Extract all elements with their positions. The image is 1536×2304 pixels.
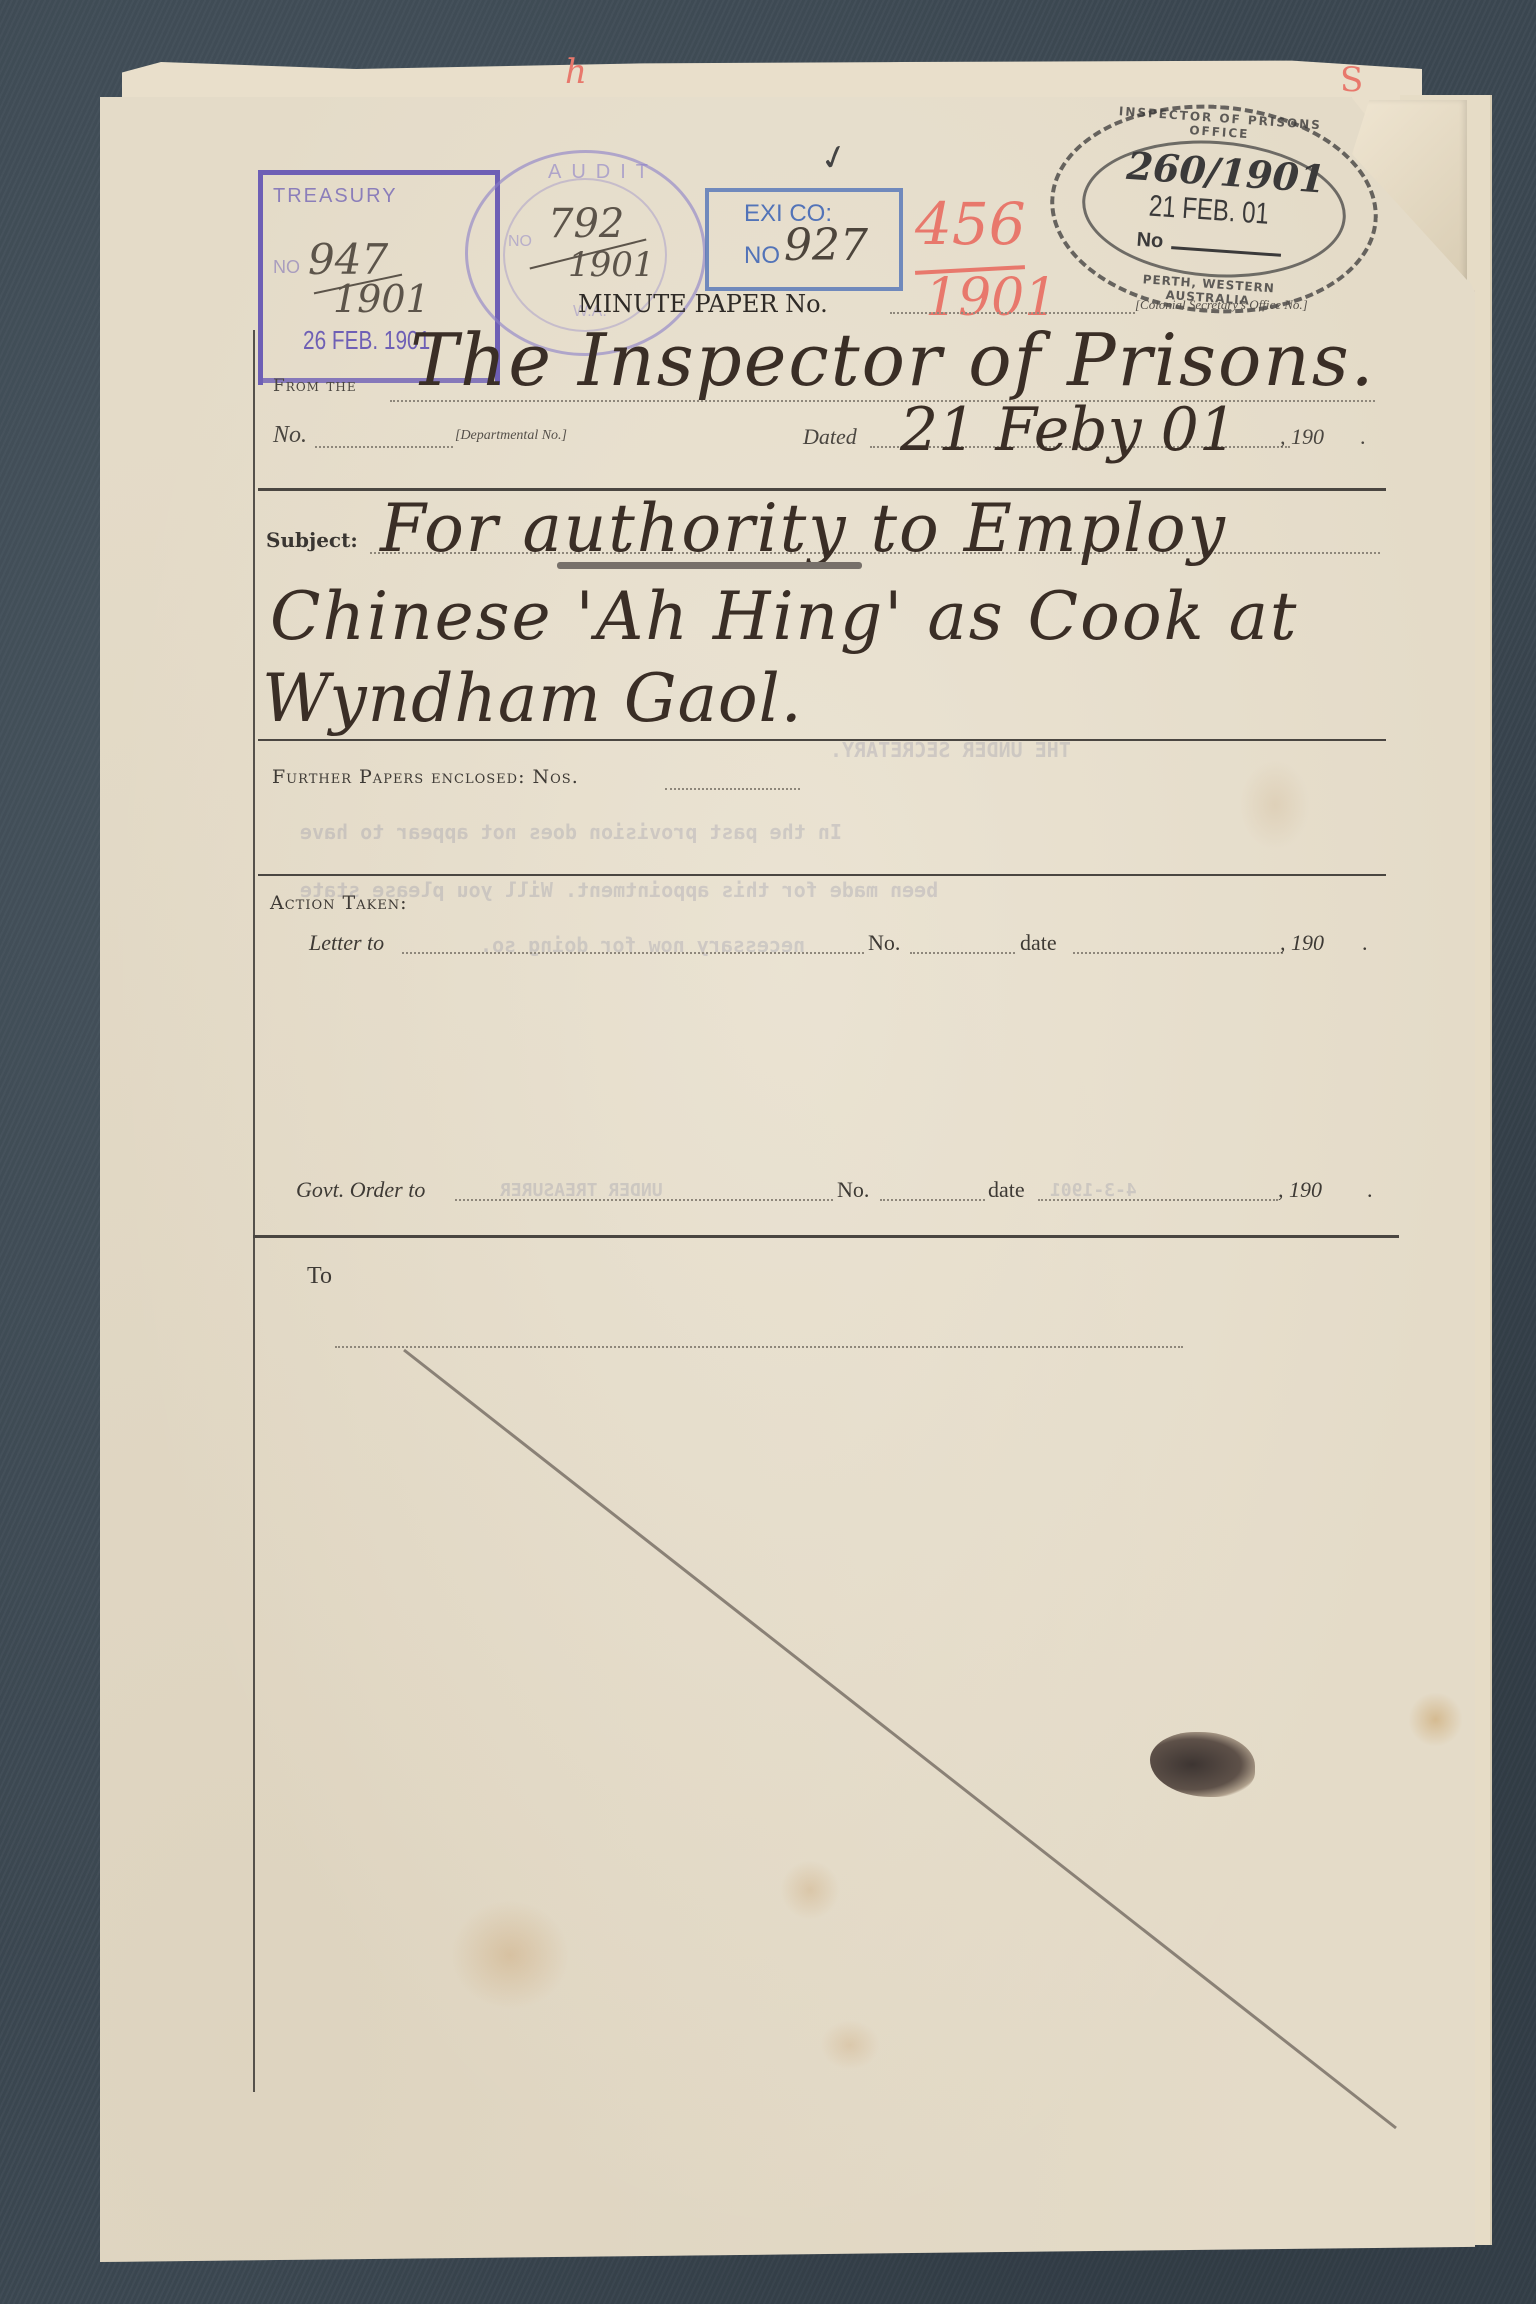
foxing-stain	[820, 2020, 880, 2070]
foxing-stain	[450, 1900, 570, 2010]
foxing-stain	[1240, 760, 1310, 850]
foxing-stain	[1408, 1692, 1463, 1747]
foxing-stain	[780, 1860, 840, 1920]
diagonal-cancel-line	[0, 0, 1536, 2304]
